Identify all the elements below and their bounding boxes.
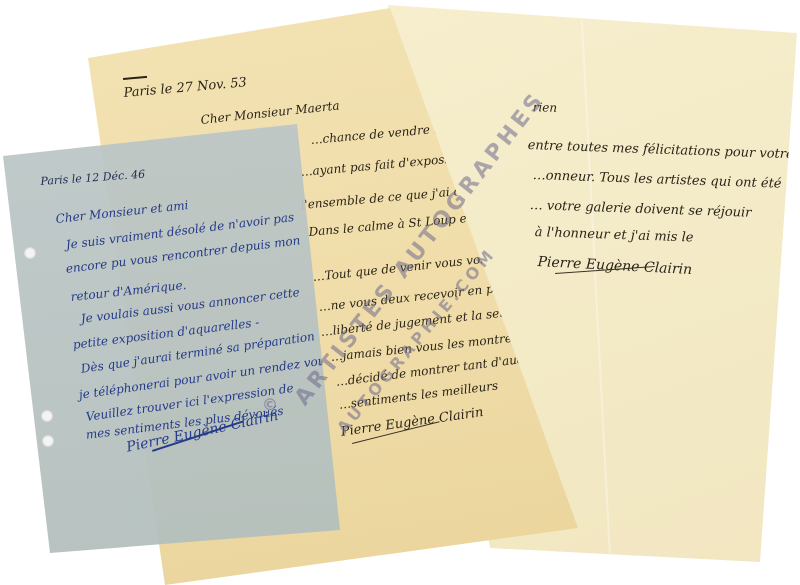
- letter-right-signature: Pierre Eugène Clairin: [537, 254, 692, 278]
- letter-middle-date: Paris le 27 Nov. 53: [123, 75, 247, 101]
- letter-blue-date: Paris le 12 Déc. 46: [40, 168, 146, 188]
- punch-hole: [41, 410, 53, 422]
- copyright-icon: ©: [262, 395, 278, 414]
- letter-right-line: à l'honneur et j'ai mis le: [534, 225, 693, 246]
- fold-crease: [581, 20, 611, 559]
- punch-hole: [24, 247, 36, 259]
- date-dash: [123, 76, 147, 80]
- punch-hole: [42, 435, 54, 447]
- letter-blue-line: Cher Monsieur et ami: [55, 198, 189, 226]
- letter-right-line: … votre galerie doivent se réjouir: [529, 198, 751, 221]
- letter-right-line: entre toutes mes félicitations pour votr…: [527, 138, 793, 162]
- letter-middle-line: Cher Monsieur Maerta: [200, 98, 340, 126]
- letter-right-line: …onneur. Tous les artistes qui ont été: [532, 168, 781, 192]
